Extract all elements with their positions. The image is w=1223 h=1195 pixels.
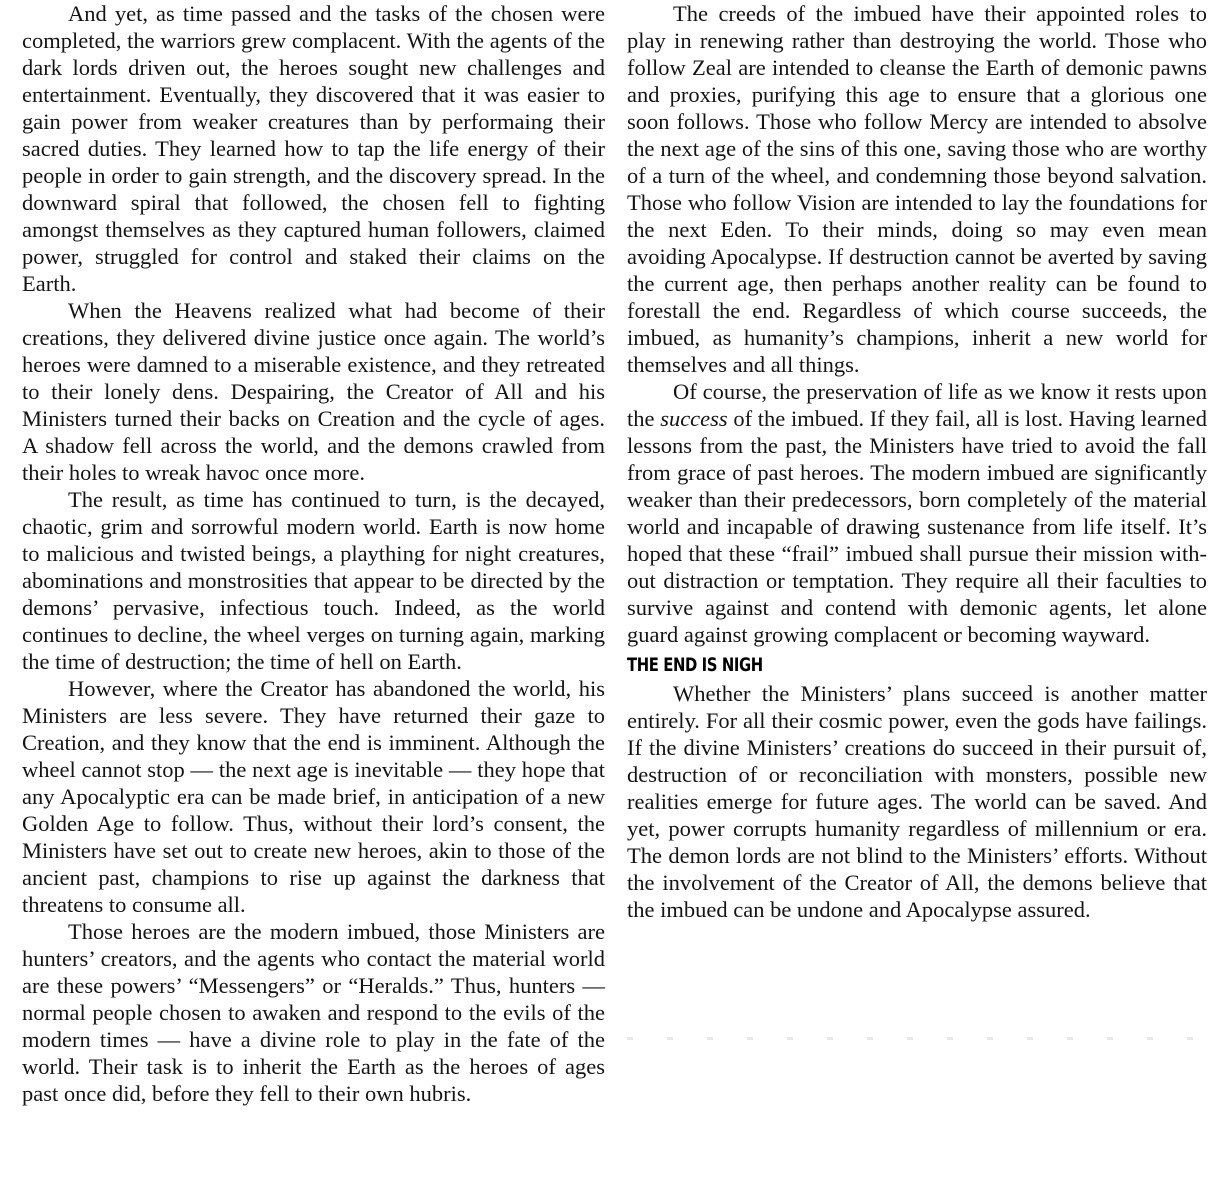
text-run: of the imbued. If they fail, all is lost…: [627, 406, 1207, 647]
paragraph-ministers-new-heroes: However, where the Creator has abandoned…: [22, 675, 605, 918]
document-page: And yet, as time passed and the tasks of…: [0, 0, 1223, 1195]
paragraph-heavens-justice: When the Heavens realized what had becom…: [22, 297, 605, 486]
paragraph-modern-world: The result, as time has continued to tur…: [22, 486, 605, 675]
paragraph-ministers-plans: Whether the Ministers’ plans succeed is …: [627, 680, 1207, 923]
italic-emphasis: success: [660, 406, 727, 431]
paragraph-complacent-warriors: And yet, as time passed and the tasks of…: [22, 0, 605, 297]
paragraph-modern-imbued: Those heroes are the modern imbued, thos…: [22, 918, 605, 1107]
paragraph-creeds-roles: The creeds of the imbued have their appo…: [627, 0, 1207, 378]
section-heading: The End Is Nigh: [627, 650, 1079, 680]
right-column: The creeds of the imbued have their appo…: [627, 0, 1207, 1037]
clipped-next-line: [627, 1037, 1207, 1040]
left-column: And yet, as time passed and the tasks of…: [22, 0, 605, 1107]
paragraph-preservation-of-life: Of course, the preservation of life as w…: [627, 378, 1207, 648]
